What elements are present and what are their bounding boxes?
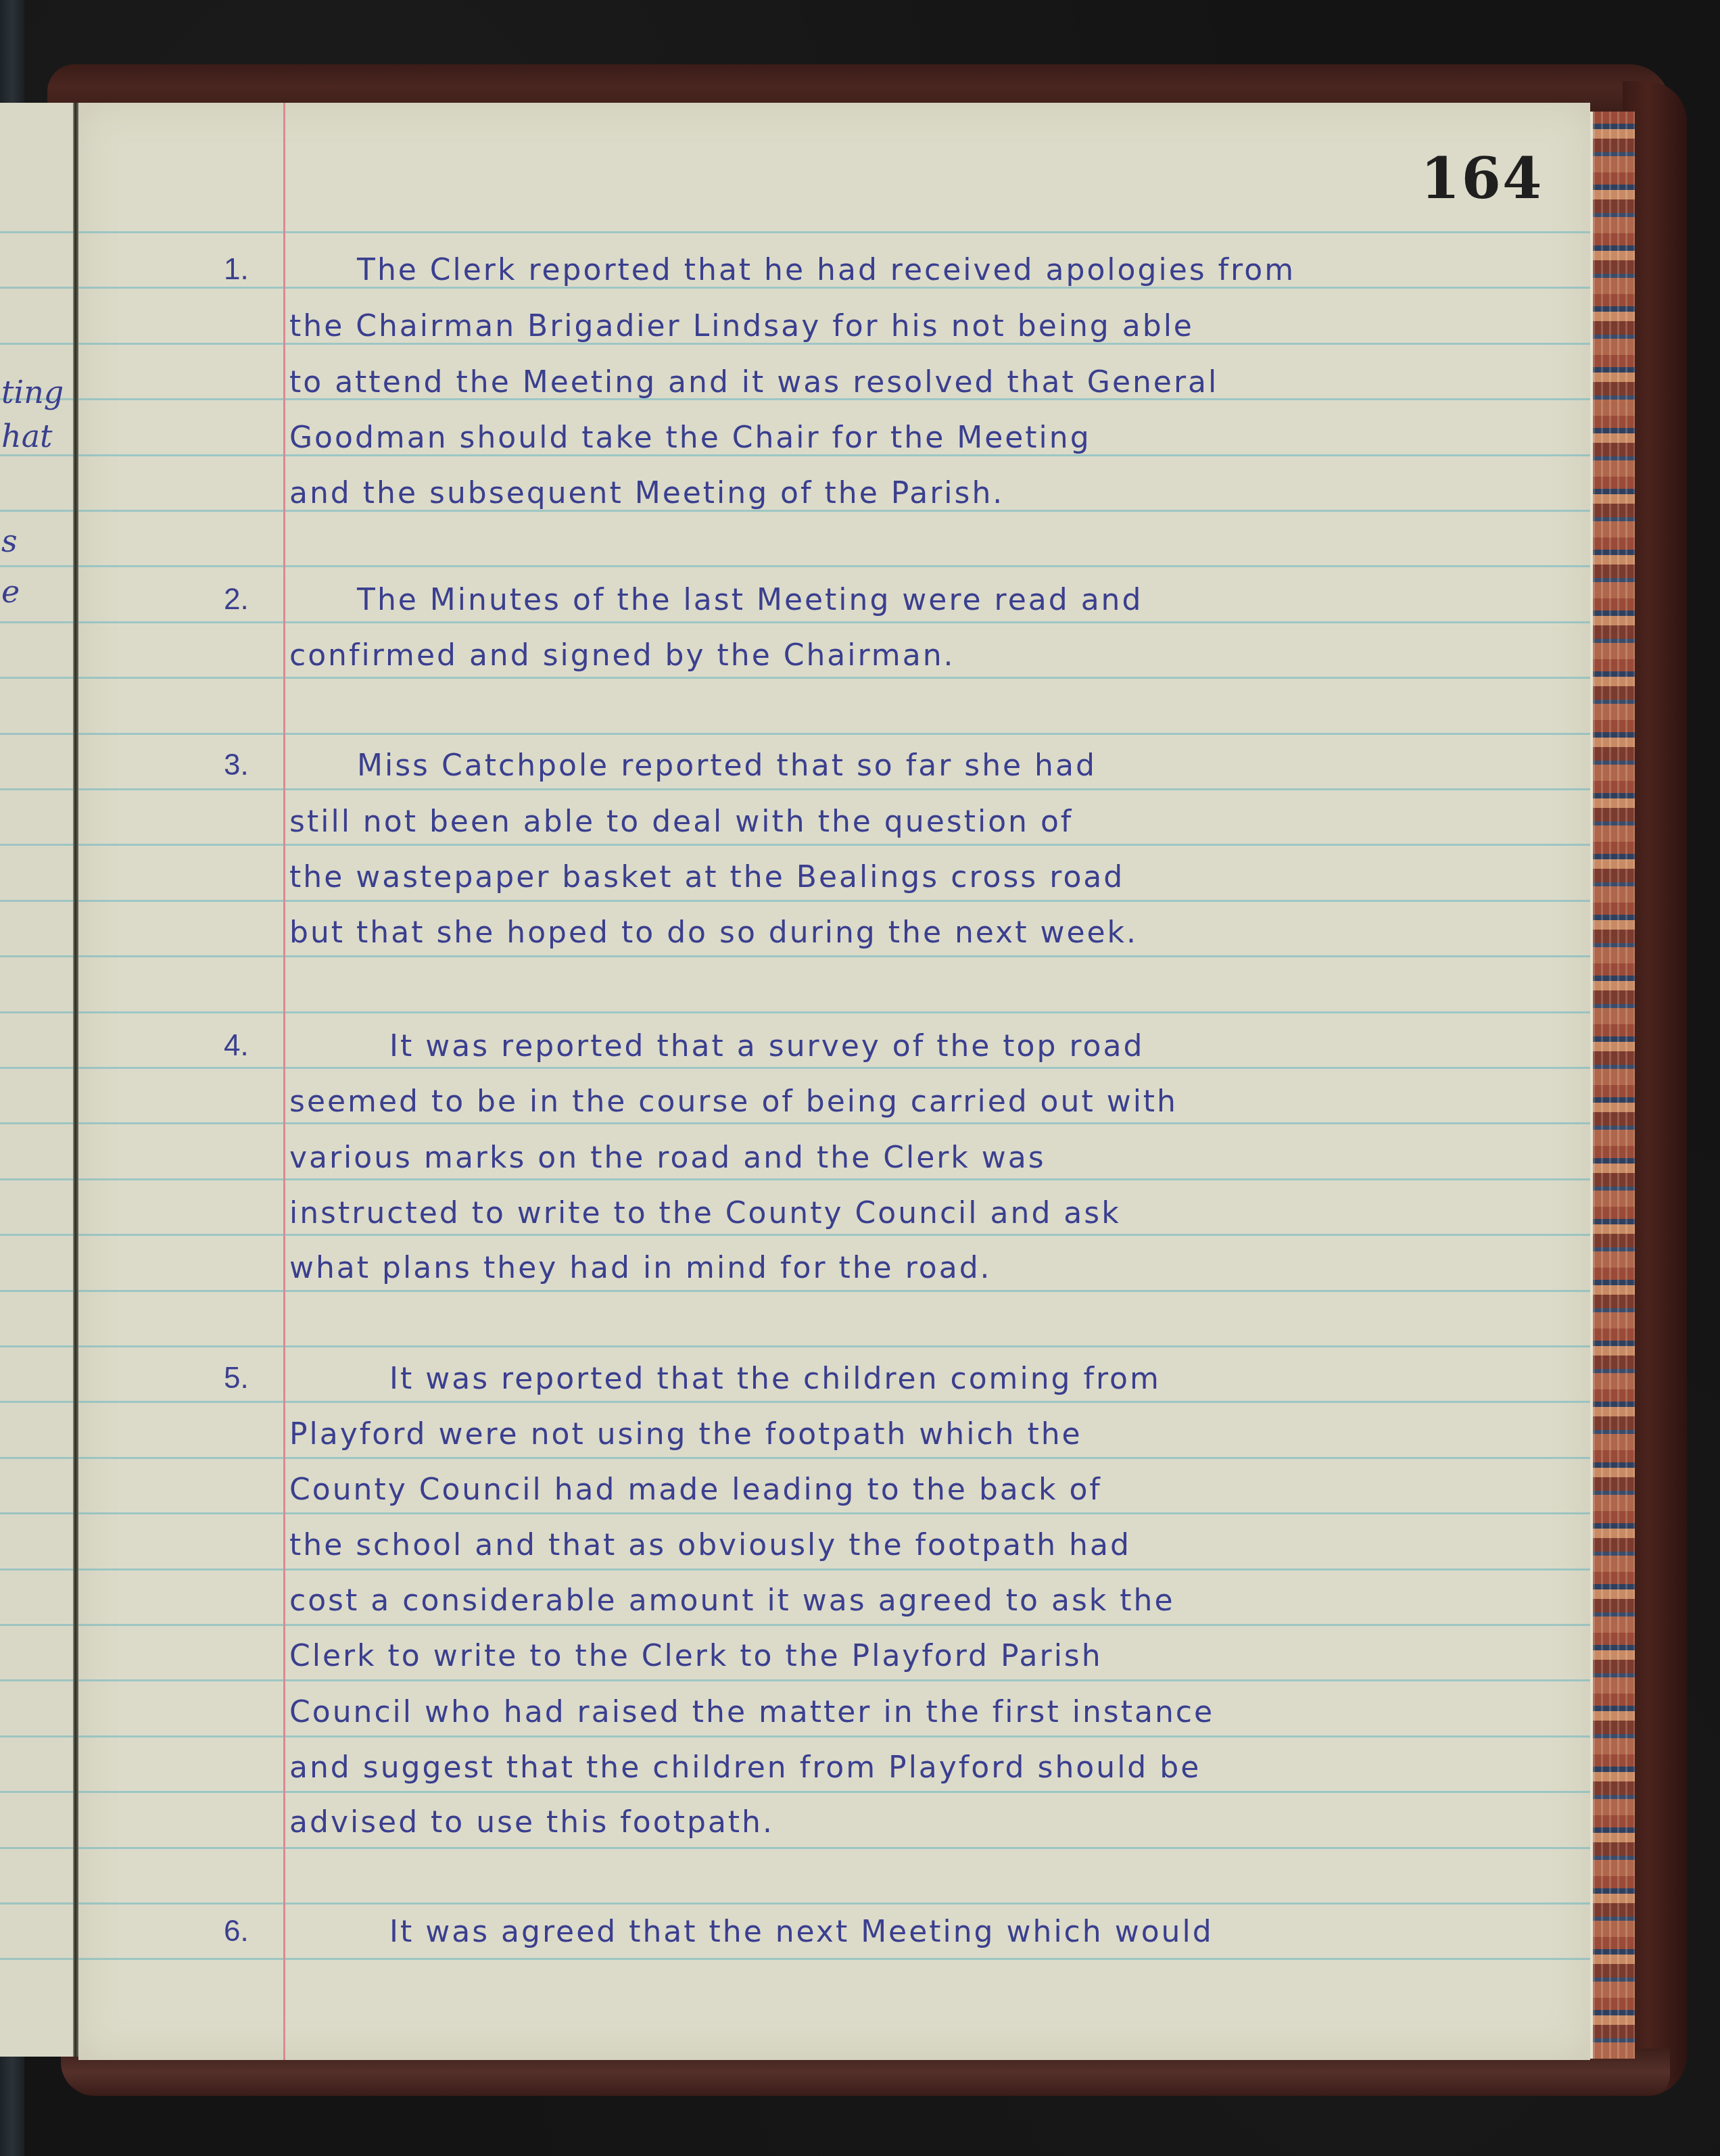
book-gutter (73, 103, 78, 2057)
minute-line: The Minutes of the last Meeting were rea… (357, 583, 1143, 617)
ruled-line (0, 900, 76, 902)
ruled-line (0, 1290, 76, 1292)
minute-line: County Council had made leading to the b… (289, 1472, 1102, 1507)
minute-line: Council who had raised the matter in the… (289, 1695, 1214, 1729)
left-facing-page: ting hat s e (0, 103, 76, 2057)
ruled-line (0, 1178, 76, 1180)
minute-line: cost a considerable amount it was agreed… (289, 1583, 1175, 1618)
minute-line: and the subsequent Meeting of the Parish… (289, 476, 1004, 510)
ruled-line (0, 677, 76, 679)
ruled-line (78, 1234, 1590, 1236)
minute-line: still not been able to deal with the que… (289, 805, 1073, 839)
minute-line: Playford were not using the footpath whi… (289, 1417, 1082, 1452)
item-number: 6. (224, 1915, 249, 1948)
ruled-line (0, 733, 76, 735)
ruled-line (0, 565, 76, 567)
ruled-line (78, 1401, 1590, 1403)
ruled-line (78, 1902, 1590, 1905)
ruled-line (78, 844, 1590, 846)
minute-line: advised to use this footpath. (289, 1805, 774, 1840)
ruled-line (0, 788, 76, 790)
ruled-line (78, 565, 1590, 567)
ruled-line (0, 1791, 76, 1793)
ruled-line (78, 1958, 1590, 1960)
minute-line: confirmed and signed by the Chairman. (289, 638, 955, 673)
ruled-line (0, 1512, 76, 1514)
ruled-line (0, 1902, 76, 1905)
minute-line: It was agreed that the next Meeting whic… (389, 1915, 1214, 1949)
ruled-line (0, 1958, 76, 1960)
page-number: 164 (1420, 145, 1543, 212)
ruled-line (78, 1512, 1590, 1514)
ruled-line (0, 1457, 76, 1459)
ruled-line (0, 621, 76, 623)
red-margin-line (283, 103, 285, 2060)
ruled-line (0, 1067, 76, 1069)
ruled-line (78, 1011, 1590, 1013)
ruled-line (78, 1568, 1590, 1571)
minute-line: It was reported that the children coming… (389, 1362, 1161, 1396)
ruled-line (0, 1345, 76, 1347)
left-page-fragment: s (1, 525, 18, 556)
left-page-fragment: hat (1, 421, 53, 452)
ruled-line (78, 900, 1590, 902)
ruled-line (78, 1122, 1590, 1124)
ruled-line (78, 231, 1590, 233)
minute-line: and suggest that the children from Playf… (289, 1750, 1201, 1785)
ruled-line (78, 788, 1590, 790)
ruled-line (0, 510, 76, 512)
ruled-line (78, 1847, 1590, 1849)
ruled-line (0, 231, 76, 233)
ruled-line (78, 955, 1590, 957)
minute-line: but that she hoped to do so during the n… (289, 915, 1138, 950)
ruled-line (0, 1568, 76, 1571)
minute-line: instructed to write to the County Counci… (289, 1196, 1121, 1230)
minute-line: It was reported that a survey of the top… (389, 1029, 1144, 1063)
ruled-line (0, 1234, 76, 1236)
item-number: 2. (224, 583, 249, 617)
ruled-line (0, 1401, 76, 1403)
item-number: 4. (224, 1029, 249, 1063)
ruled-line (78, 1735, 1590, 1738)
minute-line: the school and that as obviously the foo… (289, 1528, 1131, 1562)
minute-line: The Clerk reported that he had received … (357, 253, 1295, 287)
item-number: 3. (224, 748, 249, 782)
ruled-line (0, 1624, 76, 1626)
ruled-line (0, 955, 76, 957)
ruled-line (0, 1847, 76, 1849)
minute-line: Clerk to write to the Clerk to the Playf… (289, 1639, 1103, 1673)
ruled-line (78, 1178, 1590, 1180)
notebook-page: 164 1. The Clerk reported that he had re… (78, 103, 1590, 2060)
ruled-line (78, 677, 1590, 679)
ruled-line (0, 287, 76, 289)
ruled-line (0, 1679, 76, 1681)
ruled-line (78, 1679, 1590, 1681)
ruled-line (0, 1735, 76, 1738)
ruled-line (78, 733, 1590, 735)
minute-line: seemed to be in the course of being carr… (289, 1084, 1178, 1119)
ruled-line (78, 621, 1590, 623)
minute-line: what plans they had in mind for the road… (289, 1251, 992, 1285)
ruled-line (0, 454, 76, 456)
minute-line: Goodman should take the Chair for the Me… (289, 421, 1091, 455)
ruled-line (78, 1457, 1590, 1459)
marbled-page-edges (1590, 112, 1635, 2059)
minute-line: the wastepaper basket at the Bealings cr… (289, 860, 1124, 894)
left-page-fragment: e (1, 576, 20, 607)
ruled-line (78, 1791, 1590, 1793)
item-number: 1. (224, 253, 249, 287)
minute-line: to attend the Meeting and it was resolve… (289, 365, 1218, 400)
ruled-line (0, 343, 76, 345)
ruled-line (0, 1122, 76, 1124)
left-page-fragment: ting (1, 377, 64, 408)
ruled-line (78, 1067, 1590, 1069)
minute-line: Miss Catchpole reported that so far she … (357, 748, 1097, 783)
ruled-line (78, 1624, 1590, 1626)
ruled-line (78, 1345, 1590, 1347)
ruled-line (0, 844, 76, 846)
minute-line: various marks on the road and the Clerk … (289, 1141, 1046, 1175)
item-number: 5. (224, 1362, 249, 1395)
ruled-line (78, 1290, 1590, 1292)
ruled-line (0, 1011, 76, 1013)
minute-line: the Chairman Brigadier Lindsay for his n… (289, 309, 1194, 343)
